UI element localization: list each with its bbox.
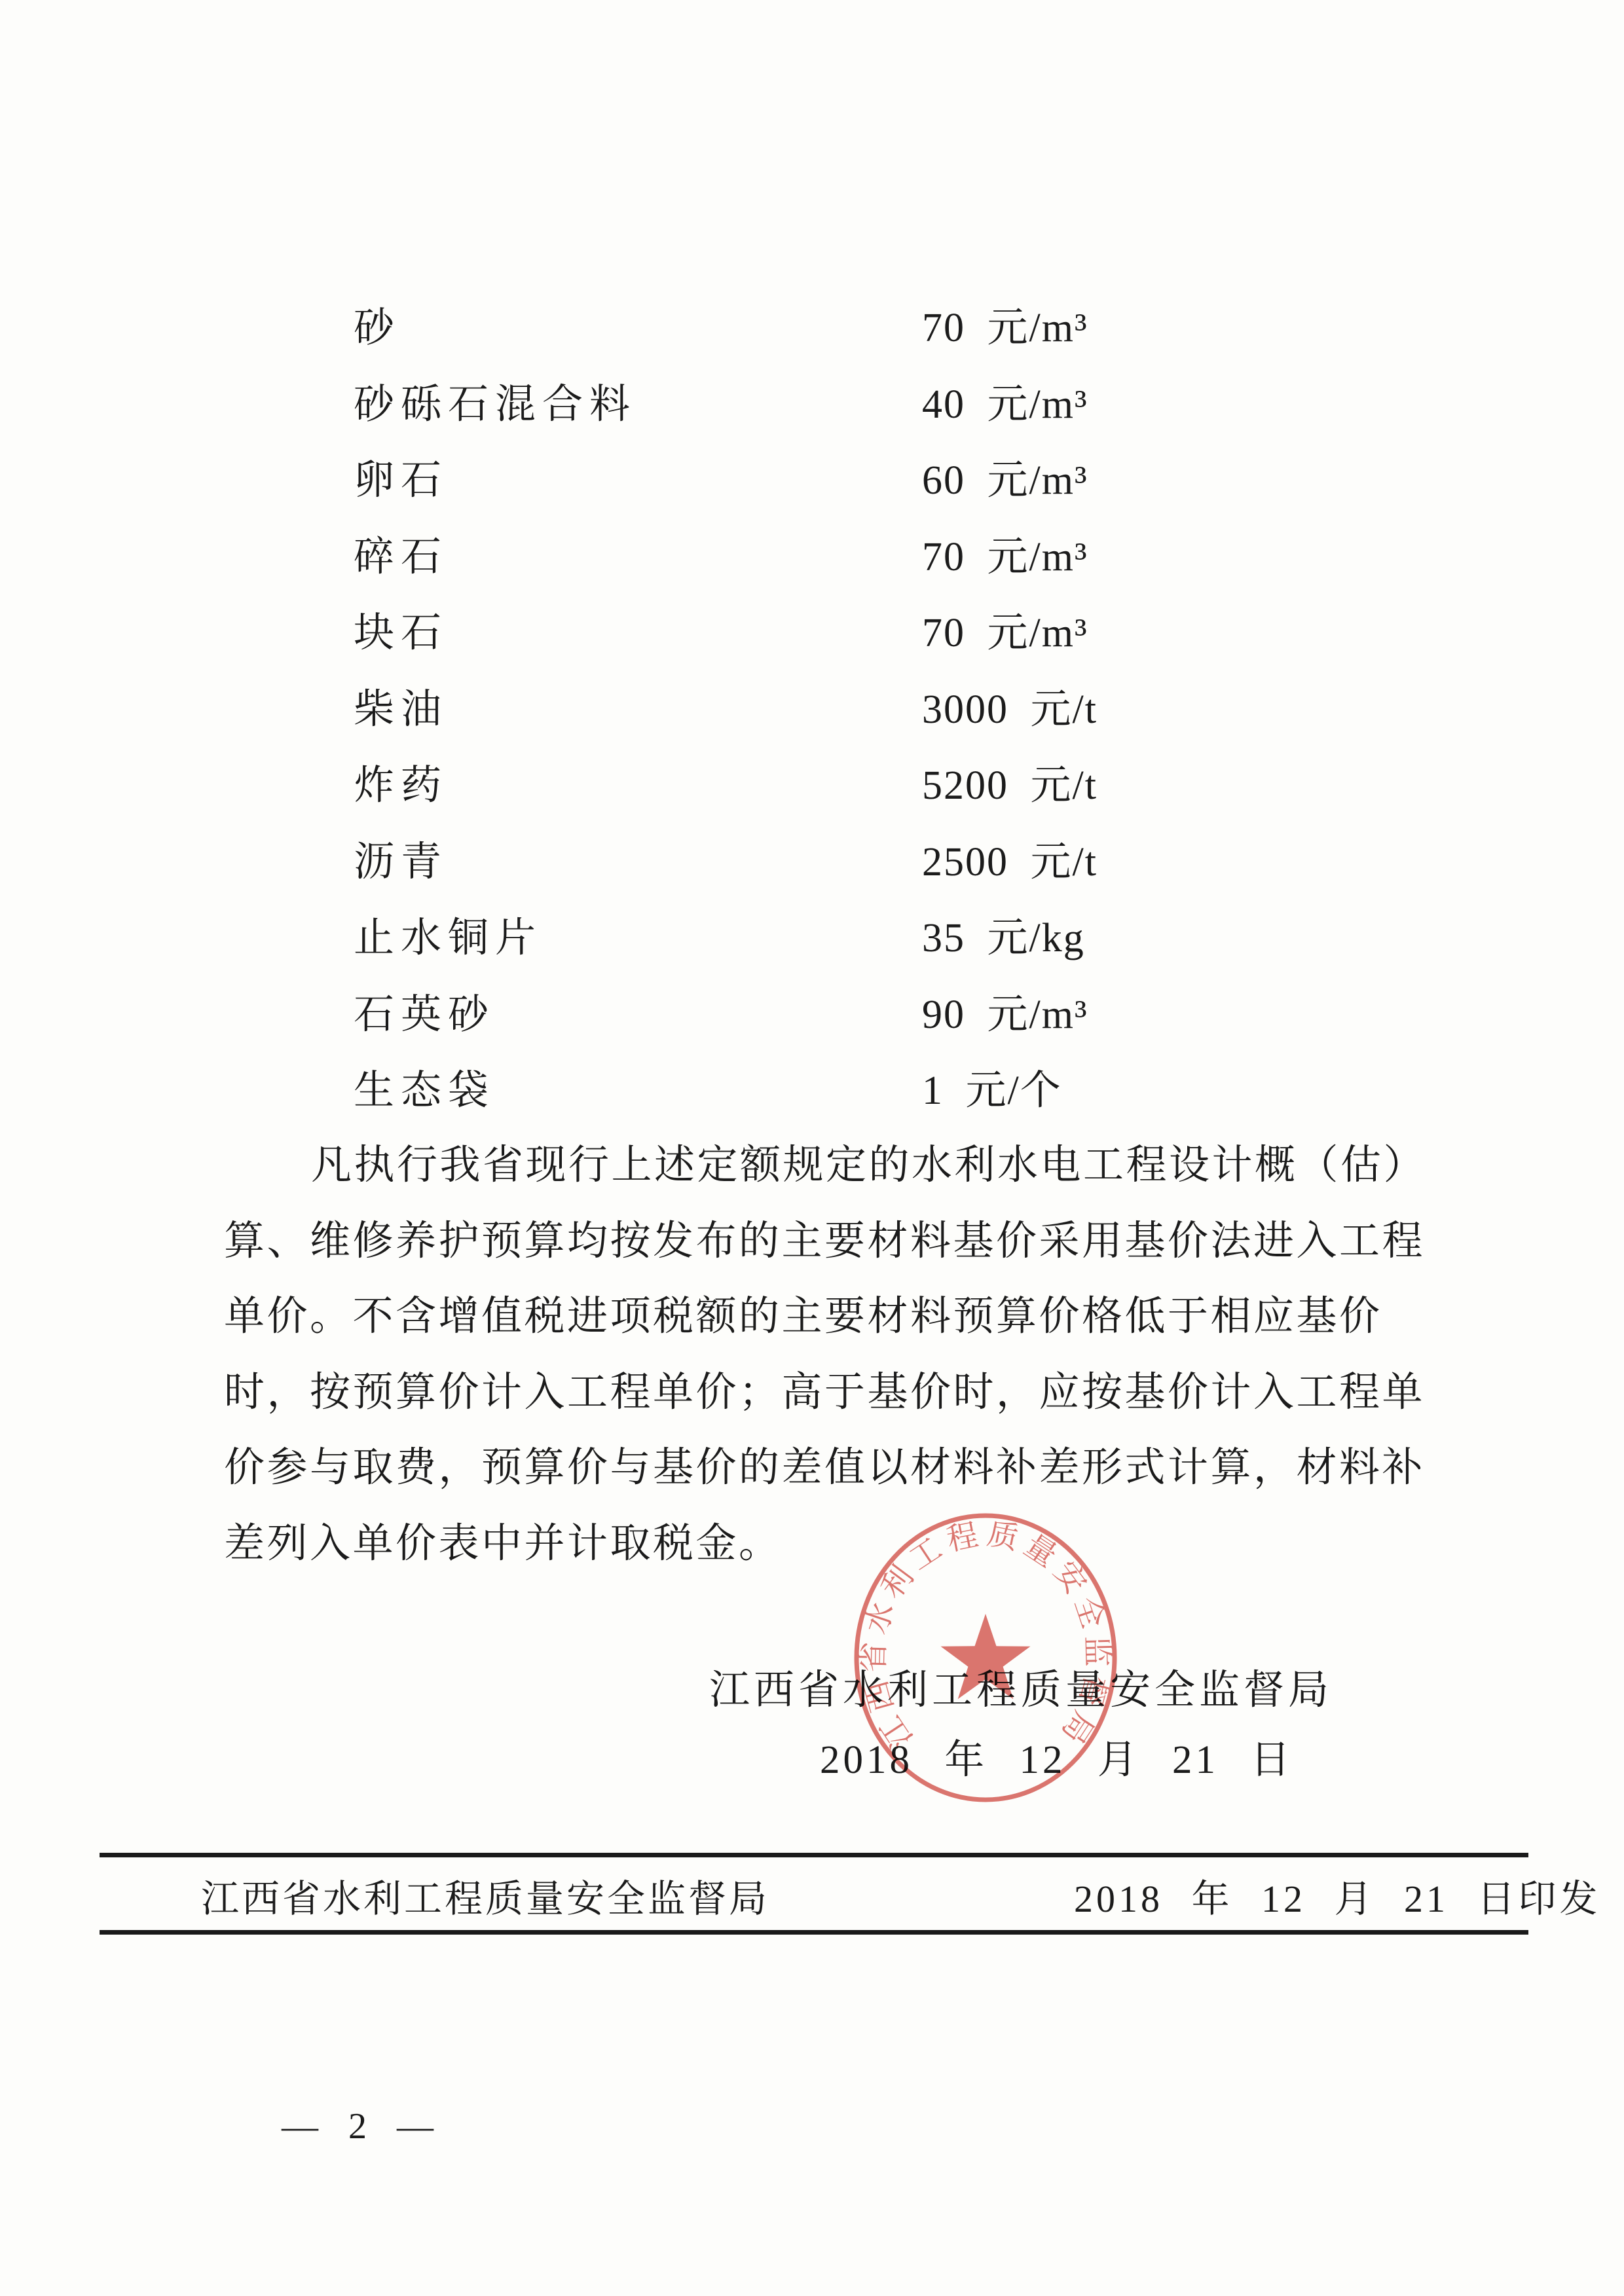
footer-rule-top [100, 1853, 1528, 1857]
material-row: 炸药5200 元/t [354, 748, 1270, 824]
material-row: 砂70 元/m³ [354, 290, 1270, 367]
material-price: 1 元/个 [922, 1053, 1062, 1129]
footer-issuer: 江西省水利工程质量安全监督局 [201, 1880, 769, 1918]
material-row: 块石70 元/m³ [354, 595, 1270, 672]
material-name: 柴油 [354, 687, 448, 732]
official-seal: 江西省水利工程质量安全监督局 [819, 1486, 1159, 1827]
paragraph-line: 凡执行我省现行上述定额规定的水利水电工程设计概（估） [224, 1128, 1442, 1204]
material-row: 沥青2500 元/t [354, 824, 1270, 901]
footer-rule-bottom [100, 1930, 1528, 1935]
material-name: 石英砂 [354, 993, 495, 1037]
material-name: 块石 [354, 611, 448, 655]
seal-star-icon [941, 1614, 1031, 1699]
material-price: 40 元/m³ [922, 367, 1088, 443]
material-price: 70 元/m³ [922, 595, 1088, 672]
material-name: 炸药 [354, 763, 448, 808]
material-name: 生态袋 [354, 1068, 495, 1113]
material-price: 60 元/m³ [922, 443, 1088, 519]
material-name: 碎石 [354, 535, 448, 579]
material-row: 生态袋1 元/个 [354, 1053, 1270, 1129]
document-page: 砂70 元/m³砂砾石混合料40 元/m³卵石60 元/m³碎石70 元/m³块… [0, 0, 1624, 2296]
page-number: — 2 — [282, 2108, 444, 2145]
material-row: 碎石70 元/m³ [354, 519, 1270, 596]
material-row: 柴油3000 元/t [354, 672, 1270, 748]
material-row: 砂砾石混合料40 元/m³ [354, 367, 1270, 443]
material-row: 卵石60 元/m³ [354, 443, 1270, 519]
material-price: 70 元/m³ [922, 290, 1088, 367]
material-name: 沥青 [354, 840, 448, 884]
materials-price-list: 砂70 元/m³砂砾石混合料40 元/m³卵石60 元/m³碎石70 元/m³块… [354, 290, 1270, 1129]
material-row: 止水铜片35 元/kg [354, 900, 1270, 977]
material-row: 石英砂90 元/m³ [354, 977, 1270, 1053]
material-price: 2500 元/t [922, 824, 1098, 901]
material-price: 90 元/m³ [922, 977, 1088, 1053]
footer-issue-date: 2018 年 12 月 21 日印发 [1074, 1880, 1601, 1918]
material-name: 砂砾石混合料 [354, 382, 637, 427]
material-price: 5200 元/t [922, 748, 1098, 824]
material-name: 砂 [354, 306, 401, 350]
material-name: 卵石 [354, 458, 448, 503]
paragraph-line: 时，按预算价计入工程单价；高于基价时，应按基价计入工程单 [224, 1355, 1442, 1431]
material-price: 35 元/kg [922, 900, 1085, 977]
material-price: 70 元/m³ [922, 519, 1088, 596]
material-name: 止水铜片 [354, 916, 542, 960]
paragraph-line: 算、维修养护预算均按发布的主要材料基价采用基价法进入工程 [224, 1204, 1442, 1280]
material-price: 3000 元/t [922, 672, 1098, 748]
paragraph-line: 单价。不含增值税进项税额的主要材料预算价格低于相应基价 [224, 1279, 1442, 1355]
